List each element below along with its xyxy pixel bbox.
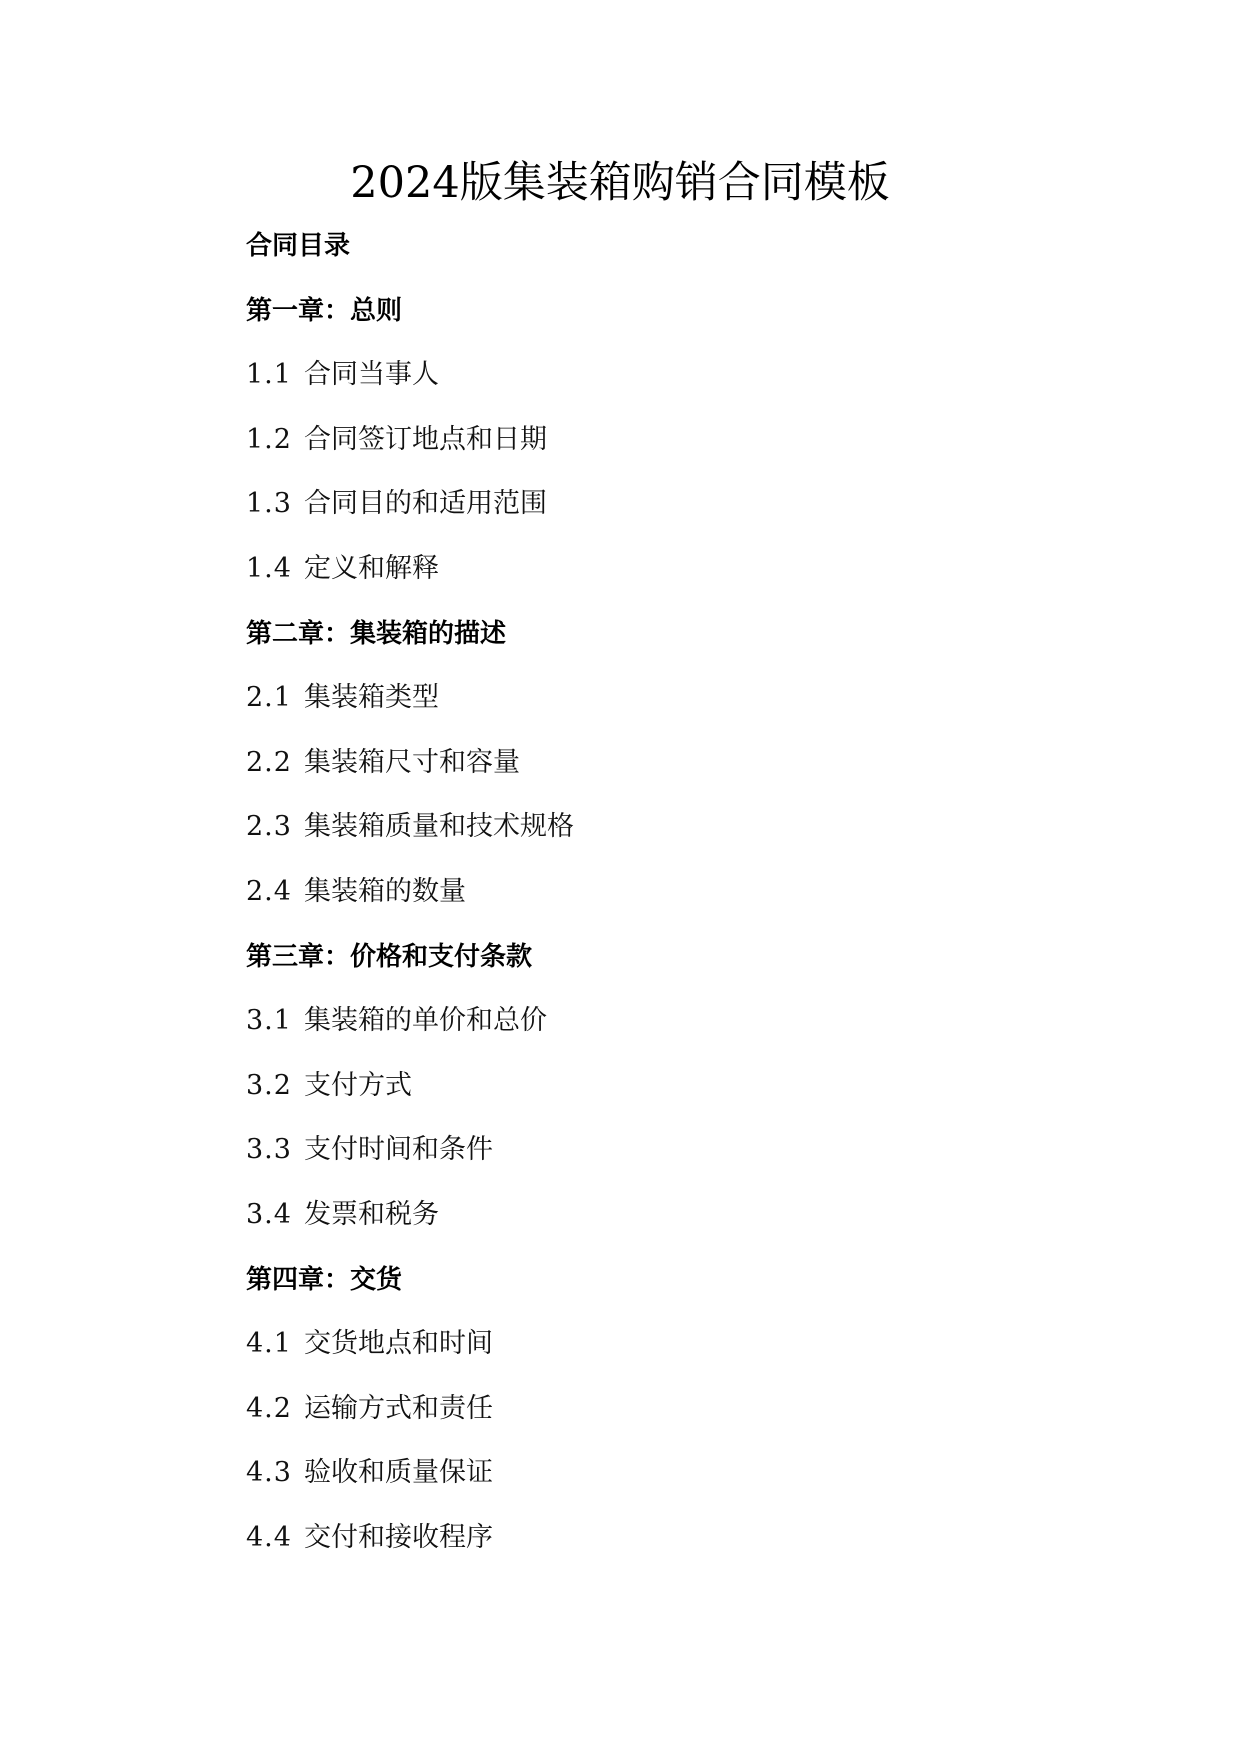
item-number: 1.4	[246, 549, 304, 589]
toc-item: 3.1集装箱的单价和总价	[246, 1001, 1046, 1066]
item-text: 定义和解释	[304, 553, 439, 584]
item-number: 3.2	[246, 1066, 304, 1106]
toc-item: 4.4交付和接收程序	[246, 1518, 1046, 1583]
item-text: 集装箱尺寸和容量	[304, 747, 520, 778]
toc-item: 1.3合同目的和适用范围	[246, 484, 1046, 549]
chapter-heading: 第四章：交货	[246, 1260, 1046, 1325]
item-number: 2.1	[246, 678, 304, 718]
item-number: 3.3	[246, 1130, 304, 1170]
chapter-heading: 第一章：总则	[246, 291, 1046, 356]
item-text: 支付时间和条件	[304, 1134, 493, 1165]
item-text: 发票和税务	[304, 1199, 439, 1230]
toc-item: 4.3验收和质量保证	[246, 1453, 1046, 1518]
toc-item: 3.4发票和税务	[246, 1195, 1046, 1260]
toc-item: 1.2合同签订地点和日期	[246, 420, 1046, 485]
item-number: 2.4	[246, 872, 304, 912]
item-number: 1.2	[246, 420, 304, 460]
toc-item: 3.2支付方式	[246, 1066, 1046, 1131]
item-number: 1.1	[246, 355, 304, 395]
toc-item: 2.4集装箱的数量	[246, 872, 1046, 937]
item-text: 验收和质量保证	[304, 1457, 493, 1488]
toc-item: 4.1交货地点和时间	[246, 1324, 1046, 1389]
item-text: 支付方式	[304, 1070, 412, 1101]
item-number: 4.2	[246, 1389, 304, 1429]
item-text: 合同签订地点和日期	[304, 424, 547, 455]
item-text: 集装箱质量和技术规格	[304, 811, 574, 842]
toc-item: 2.2集装箱尺寸和容量	[246, 743, 1046, 808]
item-number: 3.4	[246, 1195, 304, 1235]
document-title: 2024版集装箱购销合同模板	[0, 155, 1240, 211]
item-text: 交付和接收程序	[304, 1522, 493, 1553]
item-text: 集装箱的单价和总价	[304, 1005, 547, 1036]
item-text: 集装箱类型	[304, 682, 439, 713]
toc-item: 1.1合同当事人	[246, 355, 1046, 420]
toc-item: 2.3集装箱质量和技术规格	[246, 807, 1046, 872]
item-number: 1.3	[246, 484, 304, 524]
item-text: 合同目的和适用范围	[304, 488, 547, 519]
toc-item: 1.4定义和解释	[246, 549, 1046, 614]
chapter-heading: 第二章：集装箱的描述	[246, 614, 1046, 679]
item-text: 集装箱的数量	[304, 876, 466, 907]
item-number: 4.4	[246, 1518, 304, 1558]
chapter-heading: 第三章：价格和支付条款	[246, 937, 1046, 1002]
table-of-contents: 合同目录 第一章：总则 1.1合同当事人 1.2合同签订地点和日期 1.3合同目…	[246, 226, 1046, 1582]
toc-item: 3.3支付时间和条件	[246, 1130, 1046, 1195]
toc-item: 2.1集装箱类型	[246, 678, 1046, 743]
item-text: 运输方式和责任	[304, 1393, 493, 1424]
item-number: 2.2	[246, 743, 304, 783]
document-page: 2024版集装箱购销合同模板 合同目录 第一章：总则 1.1合同当事人 1.2合…	[0, 0, 1240, 1753]
item-text: 合同当事人	[304, 359, 439, 390]
toc-item: 4.2运输方式和责任	[246, 1389, 1046, 1454]
item-text: 交货地点和时间	[304, 1328, 493, 1359]
item-number: 4.1	[246, 1324, 304, 1364]
item-number: 4.3	[246, 1453, 304, 1493]
item-number: 2.3	[246, 807, 304, 847]
item-number: 3.1	[246, 1001, 304, 1041]
toc-heading: 合同目录	[246, 226, 1046, 291]
